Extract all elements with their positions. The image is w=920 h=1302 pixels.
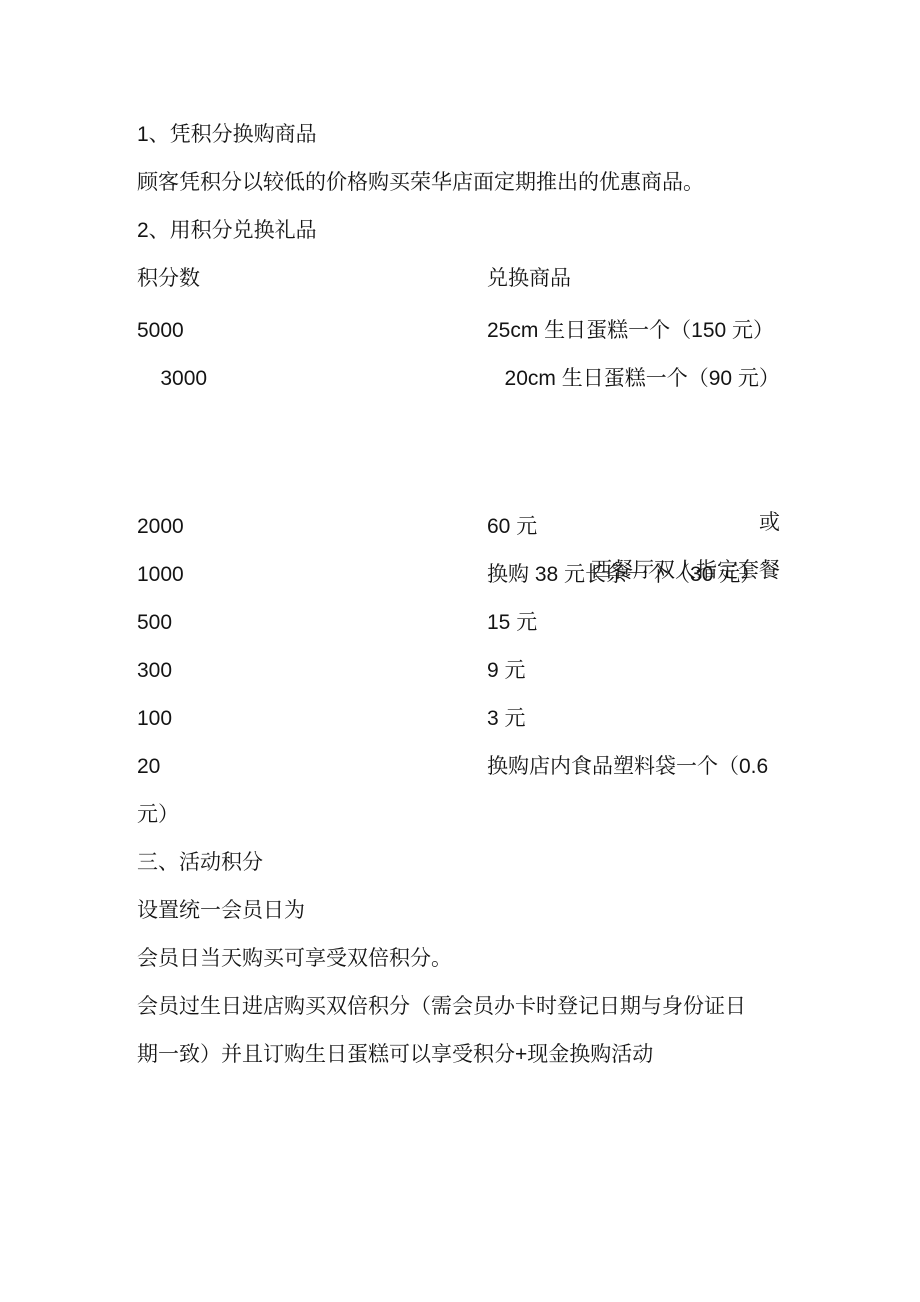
paragraph-text: 2、用积分兑换礼品 [137,207,780,255]
paragraph-text: 会员过生日进店购买双倍积分（需会员办卡时登记日期与身份证日 [137,983,780,1031]
paragraph-text: 元） [137,791,780,839]
points-value: 2000 [137,503,487,551]
points-table-row: 5000 25cm 生日蛋糕一个（150 元） [137,307,780,355]
reward-description: 换购店内食品塑料袋一个（0.6 [487,743,780,791]
points-value: 20 [137,743,487,791]
points-table-row: 500 15 元 [137,599,780,647]
paragraph-text: 期一致）并且订购生日蛋糕可以享受积分+现金换购活动 [137,1031,780,1079]
paragraph-line: 顾客凭积分以较低的价格购买荣华店面定期推出的优惠商品。 [137,159,780,207]
paragraph-line: 期一致）并且订购生日蛋糕可以享受积分+现金换购活动 [137,1031,780,1079]
points-table-row: 300 9 元 [137,647,780,695]
points-table-row: 100 3 元 [137,695,780,743]
paragraph-line: 2、用积分兑换礼品 [137,207,780,255]
reward-description: 兑换商品 [487,255,780,303]
reward-description: 25cm 生日蛋糕一个（150 元） [487,307,780,355]
points-value: 100 [137,695,487,743]
paragraph-line: 1、凭积分换购商品 [137,111,780,159]
paragraph-line: 三、活动积分 [137,839,780,887]
right-aligned-line: 西餐厅双人指定套餐 [137,451,780,499]
right-aligned-line: 或 [137,403,780,451]
reward-description: 9 元 [487,647,780,695]
reward-description: 3 元 [487,695,780,743]
document-page: 1、凭积分换购商品 顾客凭积分以较低的价格购买荣华店面定期推出的优惠商品。 2、… [0,0,920,1302]
paragraph-text: 三、活动积分 [137,839,780,887]
paragraph-line: 设置统一会员日为 [137,887,780,935]
document-content: 1、凭积分换购商品 顾客凭积分以较低的价格购买荣华店面定期推出的优惠商品。 2、… [137,111,780,1079]
points-table-row: 2000 60 元 [137,503,780,551]
paragraph-text: 顾客凭积分以较低的价格购买荣华店面定期推出的优惠商品。 [137,159,780,207]
paragraph-text: 设置统一会员日为 [137,887,780,935]
paragraph-text: 1、凭积分换购商品 [137,111,780,159]
paragraph-line: 会员日当天购买可享受双倍积分。 [137,935,780,983]
points-table-row: 积分数 兑换商品 [137,255,780,303]
reward-description: 60 元 [487,503,780,551]
points-value: 3000 [137,355,487,403]
paragraph-line: 元） [137,791,780,839]
paragraph-line: 会员过生日进店购买双倍积分（需会员办卡时登记日期与身份证日 [137,983,780,1031]
points-table-row: 20 换购店内食品塑料袋一个（0.6 [137,743,780,791]
points-value: 300 [137,647,487,695]
points-value: 积分数 [137,255,487,303]
points-value: 1000 [137,551,487,599]
reward-description: 15 元 [487,599,780,647]
paragraph-text: 会员日当天购买可享受双倍积分。 [137,935,780,983]
reward-description: 20cm 生日蛋糕一个（90 元） [487,355,780,403]
reward-description: 换购 38 元长条一个（30 元） [487,551,780,599]
points-value: 500 [137,599,487,647]
points-value: 5000 [137,307,487,355]
points-table-row: 3000 20cm 生日蛋糕一个（90 元） [137,355,780,403]
points-table-row: 1000 换购 38 元长条一个（30 元） [137,551,780,599]
